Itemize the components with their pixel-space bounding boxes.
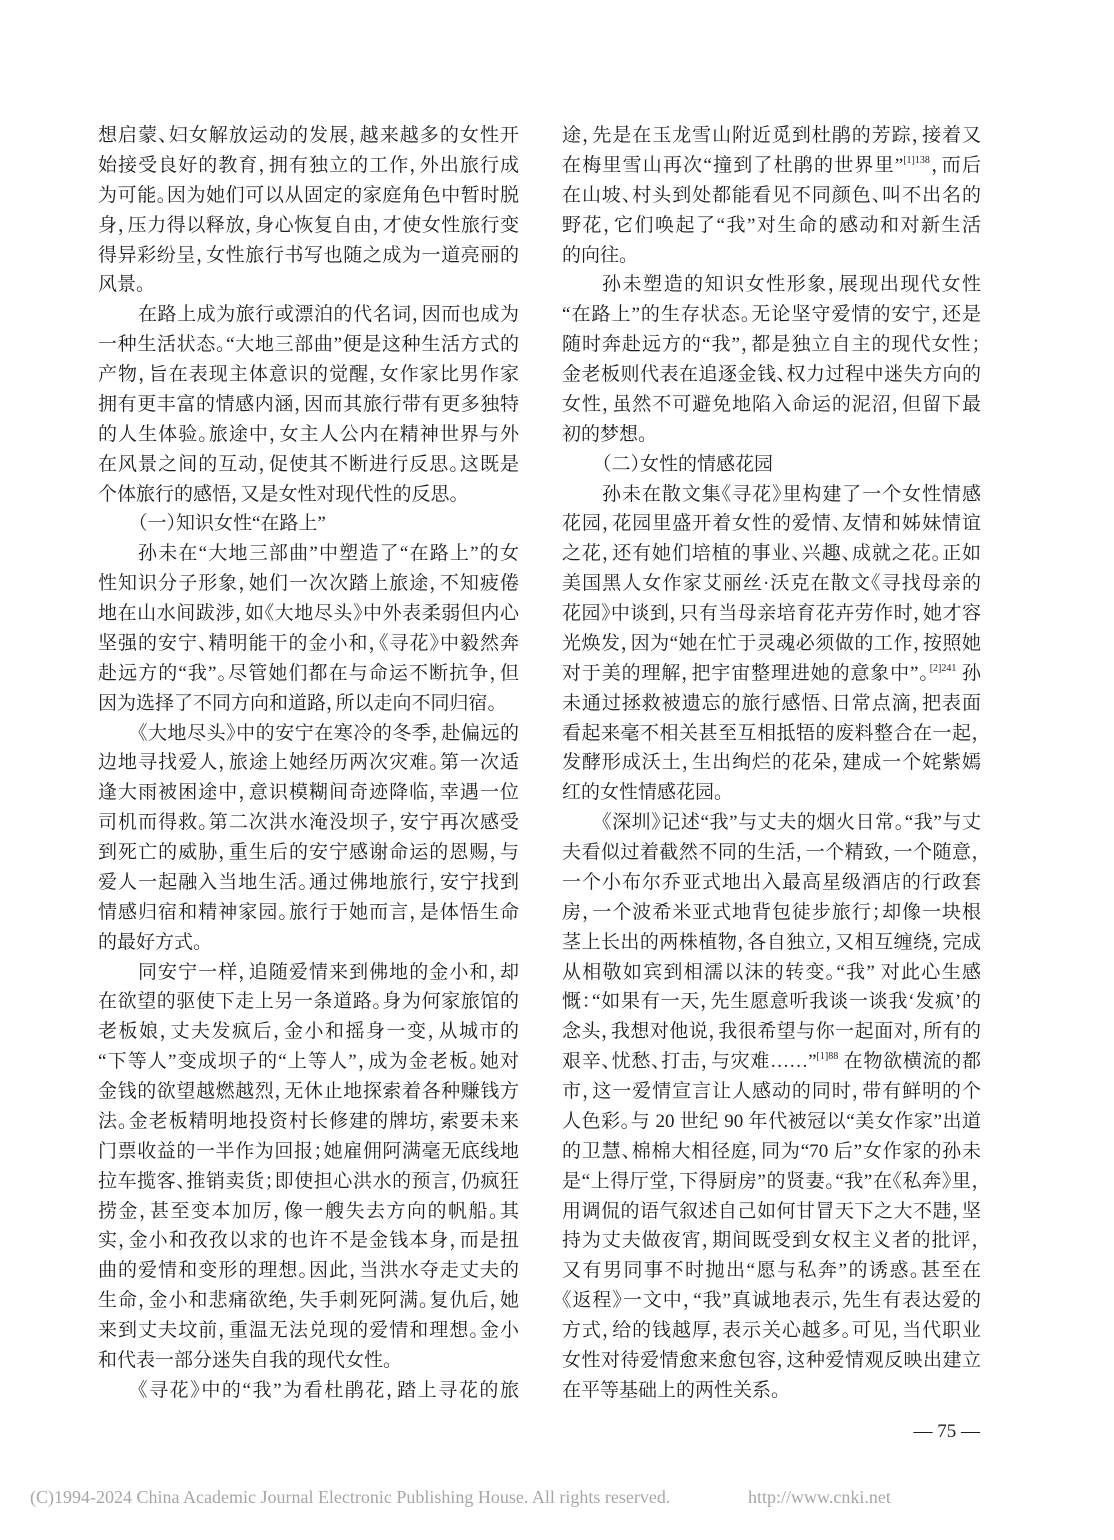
text-line: 的向往。	[562, 241, 981, 271]
text-line: 慨：“如果有一天，先生愿意听我谈一谈我‘发疯’的	[562, 987, 981, 1017]
text-line: 念头，我想对他说，我很希望与你一起面对，所有的	[562, 1017, 981, 1047]
text-line: 地在山水间跋涉，如《大地尽头》中外表柔弱但内心	[98, 599, 519, 629]
text-line: 司机而得救。第二次洪水淹没坝子，安宁再次感受	[98, 808, 519, 838]
text-line: 在梅里雪山再次“撞到了杜鹃的世界里”[1]138，而后	[562, 151, 981, 181]
citation-marker: [1]88	[817, 1051, 839, 1062]
text-line: 金老板则代表在追逐金钱、权力过程中迷失方向的	[562, 360, 981, 390]
text-line: 为可能。因为她们可以从固定的家庭角色中暂时脱	[98, 181, 519, 211]
text-line: 持为丈夫做夜宵，期间既受到女权主义者的批评，	[562, 1226, 981, 1256]
text-line: 情感归宿和精神家园。旅行于她而言，是体悟生命	[98, 898, 519, 928]
text-line: 在风景之间的互动，促使其不断进行反思。这既是	[98, 450, 519, 480]
text-line: 老板娘，丈夫发疯后，金小和摇身一变，从城市的	[98, 1017, 519, 1047]
text-line: 曲的爱情和变形的理想。因此，当洪水夺走丈夫的	[98, 1256, 519, 1286]
text-line: 《返程》一文中，“我”真诚地表示，先生有表达爱的	[562, 1286, 981, 1316]
text-line: 发酵形成沃土，生出绚烂的花朵，建成一个姹紫嫣	[562, 748, 981, 778]
text-line: 捞金，甚至变本加厉，像一艘失去方向的帆船。其	[98, 1197, 519, 1227]
paragraph: 想启蒙、妇女解放运动的发展，越来越多的女性开 始接受良好的教育，拥有独立的工作，…	[98, 121, 519, 300]
text-line: 逢大雨被困途中，意识模糊间奇迹降临，幸遇一位	[98, 778, 519, 808]
journal-page: 想启蒙、妇女解放运动的发展，越来越多的女性开 始接受良好的教育，拥有独立的工作，…	[0, 0, 1114, 1540]
text-line: 孙未塑造的知识女性形象，展现出现代女性	[562, 270, 981, 300]
section-heading: （二）女性的情感花园	[562, 450, 981, 480]
text-line: 野花，它们唤起了“我”对生命的感动和对新生活	[562, 211, 981, 241]
text-line: 在平等基础上的两性关系。	[562, 1376, 981, 1406]
line-text: 在物欲横流的都	[838, 1051, 981, 1072]
text-line: 房，一个波希米亚式地背包徒步旅行；却像一块根	[562, 898, 981, 928]
section-heading: （一）知识女性“在路上”	[98, 509, 519, 539]
text-line: 金钱的欲望越燃越烈，无休止地探索着各种赚钱方	[98, 1077, 519, 1107]
text-line: 是“上得厅堂，下得厨房”的贤妻。“我”在《私奔》里，	[562, 1167, 981, 1197]
text-line: 始接受良好的教育，拥有独立的工作，外出旅行成	[98, 151, 519, 181]
text-line: 性知识分子形象，她们一次次踏上旅途，不知疲倦	[98, 569, 519, 599]
text-line: 看起来毫不相关甚至互相抵牾的废料整合在一起，	[562, 719, 981, 749]
text-line: 艰辛、忧愁、打击，与灾难……”[1]88 在物欲横流的都	[562, 1047, 981, 1077]
text-line: “下等人”变成坝子的“上等人”，成为金老板。她对	[98, 1047, 519, 1077]
text-line: 途，先是在玉龙雪山附近觅到杜鹃的芳踪，接着又	[562, 121, 981, 151]
text-line: 风景。	[98, 270, 519, 300]
paragraph: 在路上成为旅行或漂泊的代名词，因而也成为 一种生活状态。“大地三部曲”便是这种生…	[98, 300, 519, 509]
text-line: 孙未在散文集《寻花》里构建了一个女性情感	[562, 480, 981, 510]
text-line: 生命，金小和悲痛欲绝，失手刺死阿满。复仇后，她	[98, 1286, 519, 1316]
paragraph: 同安宁一样，追随爱情来到佛地的金小和，却 在欲望的驱使下走上另一条道路。身为何家…	[98, 958, 519, 1376]
text-line: 市，这一爱情宣言让人感动的同时，带有鲜明的个	[562, 1077, 981, 1107]
text-line: 在山坡、村头到处都能看见不同颜色、叫不出名的	[562, 181, 981, 211]
text-line: 拉车揽客、推销卖货；即使担心洪水的预言，仍疯狂	[98, 1167, 519, 1197]
text-line: 初的梦想。	[562, 420, 981, 450]
paragraph: 孙未在“大地三部曲”中塑造了“在路上”的女 性知识分子形象，她们一次次踏上旅途，…	[98, 539, 519, 718]
paragraph: 《深圳》记述“我”与丈夫的烟火日常。“我”与丈 夫看似过着截然不同的生活，一个精…	[562, 808, 981, 1406]
text-line: 得异彩纷呈，女性旅行书写也随之成为一道亮丽的	[98, 241, 519, 271]
text-line: 随时奔赴远方的“我”，都是独立自主的现代女性；	[562, 330, 981, 360]
text-line: 《大地尽头》中的安宁在寒冷的冬季，赴偏远的	[98, 719, 519, 749]
line-text: 艰辛、忧愁、打击，与灾难……”	[562, 1051, 817, 1072]
text-line: 一种生活状态。“大地三部曲”便是这种生活方式的	[98, 330, 519, 360]
citation-marker: [2]241	[930, 663, 957, 674]
text-line: 的最好方式。	[98, 928, 519, 958]
text-line: 在路上成为旅行或漂泊的代名词，因而也成为	[98, 300, 519, 330]
text-line: 的人生体验。旅途中，女主人公内在精神世界与外	[98, 420, 519, 450]
paragraph: 孙未塑造的知识女性形象，展现出现代女性 “在路上”的生存状态。无论坚守爱情的安宁…	[562, 270, 981, 449]
left-column: 想启蒙、妇女解放运动的发展，越来越多的女性开 始接受良好的教育，拥有独立的工作，…	[98, 121, 519, 1406]
text-line: 同安宁一样，追随爱情来到佛地的金小和，却	[98, 958, 519, 988]
paragraph: 《寻花》中的“我”为看杜鹃花，踏上寻花的旅	[98, 1376, 519, 1406]
text-line: 女性对待爱情愈来愈包容，这种爱情观反映出建立	[562, 1346, 981, 1376]
text-line: 坚强的安宁、精明能干的金小和，《寻花》中毅然奔	[98, 629, 519, 659]
text-line: 方式，给的钱越厚，表示关心越多。可见，当代职业	[562, 1316, 981, 1346]
text-line: 从相敬如宾到相濡以沫的转变。“我” 对此心生感	[562, 958, 981, 988]
text-line: 产物，旨在表现主体意识的觉醒，女作家比男作家	[98, 360, 519, 390]
line-text: 对于美的理解，把宇宙整理进她的意象中”。	[562, 663, 930, 684]
text-line: 未通过拯救被遗忘的旅行感悟、日常点滴，把表面	[562, 689, 981, 719]
copyright-footer: (C)1994-2024 China Academic Journal Elec…	[30, 1487, 670, 1508]
text-line: 之花，还有她们培植的事业、兴趣、成就之花。正如	[562, 539, 981, 569]
text-line: 《深圳》记述“我”与丈夫的烟火日常。“我”与丈	[562, 808, 981, 838]
text-line: 一个小布尔乔亚式地出入最高星级酒店的行政套	[562, 868, 981, 898]
text-line: 到死亡的威胁，重生后的安宁感谢命运的恩赐，与	[98, 838, 519, 868]
text-line: 实，金小和孜孜以求的也许不是金钱本身，而是扭	[98, 1226, 519, 1256]
text-line: 红的女性情感花园。	[562, 778, 981, 808]
text-line: 赴远方的“我”。尽管她们都在与命运不断抗争，但	[98, 659, 519, 689]
text-line: 爱人一起融入当地生活。通过佛地旅行，安宁找到	[98, 868, 519, 898]
paragraph: 《大地尽头》中的安宁在寒冷的冬季，赴偏远的 边地寻找爱人，旅途上她经历两次灾难。…	[98, 719, 519, 958]
text-line: 对于美的理解，把宇宙整理进她的意象中”。[2]241 孙	[562, 659, 981, 689]
line-text: ，而后	[930, 155, 981, 176]
text-line: 花园，花园里盛开着女性的爱情、友情和姊妹情谊	[562, 509, 981, 539]
text-line: 美国黑人女作家艾丽丝·沃克在散文《寻找母亲的	[562, 569, 981, 599]
citation-marker: [1]138	[903, 155, 930, 166]
text-line: 茎上长出的两株植物，各自独立，又相互缠绕，完成	[562, 928, 981, 958]
text-line: 边地寻找爱人，旅途上她经历两次灾难。第一次适	[98, 748, 519, 778]
text-line: 法。金老板精明地投资村长修建的牌坊，索要未来	[98, 1107, 519, 1137]
text-line: 人色彩。与 20 世纪 90 年代被冠以“美女作家”出道	[562, 1107, 981, 1137]
paragraph: 途，先是在玉龙雪山附近觅到杜鹃的芳踪，接着又 在梅里雪山再次“撞到了杜鹃的世界里…	[562, 121, 981, 270]
text-line: 又有男同事不时抛出“愿与私奔”的诱惑。甚至在	[562, 1256, 981, 1286]
text-line: 拥有更丰富的情感内涵，因而其旅行带有更多独特	[98, 390, 519, 420]
text-line: 用调侃的语气叙述自己如何甘冒天下之大不韪，坚	[562, 1197, 981, 1227]
text-line: 来到丈夫坟前，重温无法兑现的爱情和理想。金小	[98, 1316, 519, 1346]
page-number: — 75 —	[890, 1421, 980, 1443]
right-column: 途，先是在玉龙雪山附近觅到杜鹃的芳踪，接着又 在梅里雪山再次“撞到了杜鹃的世界里…	[562, 121, 981, 1406]
text-line: 女性，虽然不可避免地陷入命运的泥沼，但留下最	[562, 390, 981, 420]
line-text: 在梅里雪山再次“撞到了杜鹃的世界里”	[562, 155, 903, 176]
text-line: 因为选择了不同方向和道路，所以走向不同归宿。	[98, 689, 519, 719]
text-line: 个体旅行的感悟，又是女性对现代性的反思。	[98, 480, 519, 510]
paragraph: 孙未在散文集《寻花》里构建了一个女性情感 花园，花园里盛开着女性的爱情、友情和姊…	[562, 480, 981, 809]
text-line: 门票收益的一半作为回报；她雇佣阿满毫无底线地	[98, 1137, 519, 1167]
text-line: 在欲望的驱使下走上另一条道路。身为何家旅馆的	[98, 987, 519, 1017]
text-line: 光焕发，因为“她在忙于灵魂必须做的工作，按照她	[562, 629, 981, 659]
text-line: 和代表一部分迷失自我的现代女性。	[98, 1346, 519, 1376]
text-line: 想启蒙、妇女解放运动的发展，越来越多的女性开	[98, 121, 519, 151]
text-line: 夫看似过着截然不同的生活，一个精致，一个随意，	[562, 838, 981, 868]
text-line: 孙未在“大地三部曲”中塑造了“在路上”的女	[98, 539, 519, 569]
text-line: 身，压力得以释放，身心恢复自由，才使女性旅行变	[98, 211, 519, 241]
text-line: 花园》中谈到，只有当母亲培育花卉劳作时，她才容	[562, 599, 981, 629]
footer-url[interactable]: http://www.cnki.net	[748, 1487, 891, 1508]
line-text: 孙	[956, 663, 981, 684]
text-line: 《寻花》中的“我”为看杜鹃花，踏上寻花的旅	[98, 1376, 519, 1406]
text-line: “在路上”的生存状态。无论坚守爱情的安宁，还是	[562, 300, 981, 330]
text-line: 的卫慧、棉棉大相径庭，同为“70 后”女作家的孙未	[562, 1137, 981, 1167]
